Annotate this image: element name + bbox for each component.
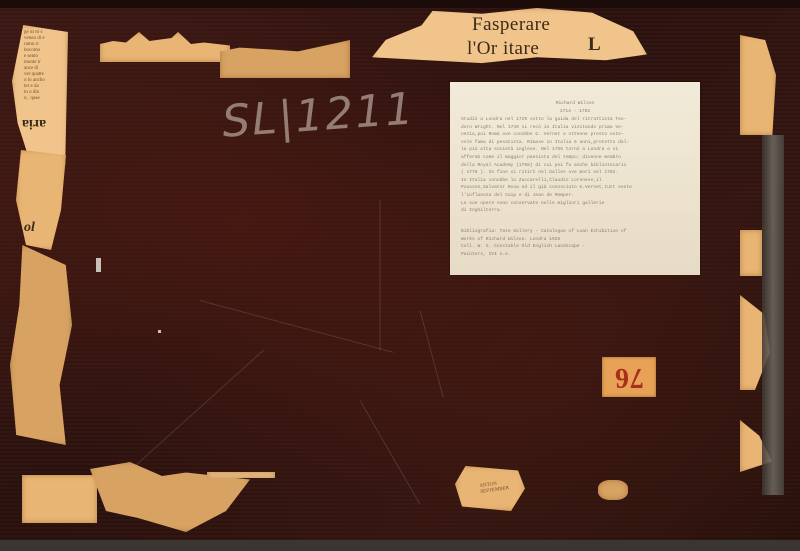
paper-tape-bottom-strip <box>207 472 275 478</box>
label-bio-line: affermò come il maggior paesista del tem… <box>461 154 693 162</box>
label-bio-line: Le sue opere sono conservate nelle migli… <box>461 200 693 208</box>
label-biography: Studiò a Londra nel 1729 sotto la guida … <box>461 116 693 215</box>
label-bio-line: della Royal Academy (1768) di cui poi fu… <box>461 162 693 170</box>
label-bibliography: Bibliografia: Tate Gallery - Catalogue o… <box>461 228 693 258</box>
label-artist-dates: 1714 - 1782 <box>450 108 700 116</box>
label-biblio-line: Bibliografia: Tate Gallery - Catalogue o… <box>461 228 693 236</box>
scratch-mark <box>360 400 421 504</box>
label-bio-line: ( 1776 ). In fine si ritirò nel Galles o… <box>461 169 693 177</box>
scratch-mark <box>200 300 393 353</box>
label-biblio-line: Coll. W. G. Constable Old English Landsc… <box>461 243 693 251</box>
paper-tape-top-mid <box>220 40 350 78</box>
label-artist-name: Richard Wilson <box>450 100 700 108</box>
scratch-mark <box>380 201 381 351</box>
label-biblio-line: Works of Richard Wilson. Londra 1925 <box>461 236 693 244</box>
newspaper-letter: L <box>588 34 601 56</box>
painting-back: SL|1211 Fasperare l'Or itare L ge di fo … <box>0 0 800 551</box>
newspaper-left-fragment: ol <box>24 220 35 236</box>
inventory-number-tag: 76 <box>602 357 656 397</box>
label-bio-line: In Italia conobbe lo Zuccarelli,Claudio … <box>461 177 693 185</box>
paper-tape-right-mid <box>740 230 762 276</box>
newspaper-left-heading: aria <box>22 115 46 131</box>
frame-edge-bottom <box>0 540 800 551</box>
paint-fleck <box>96 258 101 272</box>
label-bio-line: di Inghilterra. <box>461 207 693 215</box>
paper-tape-right-upper <box>740 35 776 135</box>
label-bio-line: la più alta società inglese. Nel 1756 to… <box>461 146 693 154</box>
frame-edge-top <box>0 0 800 8</box>
paper-tape-left-lower <box>10 245 72 445</box>
typed-label-card: Richard Wilson 1714 - 1782 Studiò a Lond… <box>450 82 700 275</box>
paper-tape-bottom-right <box>598 480 628 500</box>
label-bio-line: vole fama di pesatista. Rimase in Italia… <box>461 139 693 147</box>
scratch-mark <box>130 350 264 471</box>
label-bio-line: Studiò a Londra nel 1729 sotto la guida … <box>461 116 693 124</box>
label-bio-line: doro Wright. Nel 1749 si recò in Italia … <box>461 124 693 132</box>
newspaper-headline-line2: l'Or itare <box>467 38 539 60</box>
newspaper-headline-line1: Fasperare <box>472 14 550 36</box>
newspaper-left-column-text: ge di fo s veneo di e ramo ri bocomo e s… <box>24 30 45 102</box>
paper-tape-bottom-left <box>22 475 97 523</box>
inventory-number: 76 <box>614 361 644 393</box>
grey-paper-strip-right <box>762 135 784 495</box>
label-bio-line: l'influenza del Cuip e di Jean de Momper… <box>461 192 693 200</box>
label-biblio-line: Painters, IVI n.e. <box>461 251 693 259</box>
paper-tape-top-left <box>100 32 230 62</box>
paint-fleck <box>158 330 161 333</box>
scratch-mark <box>420 310 444 397</box>
chalk-inscription: SL|1211 <box>220 83 416 147</box>
label-bio-line: nezia,poi Roma ove conobbe G. Vernet e o… <box>461 131 693 139</box>
label-bio-line: Pousson,Salvator Rosa ed il già conosciu… <box>461 184 693 192</box>
